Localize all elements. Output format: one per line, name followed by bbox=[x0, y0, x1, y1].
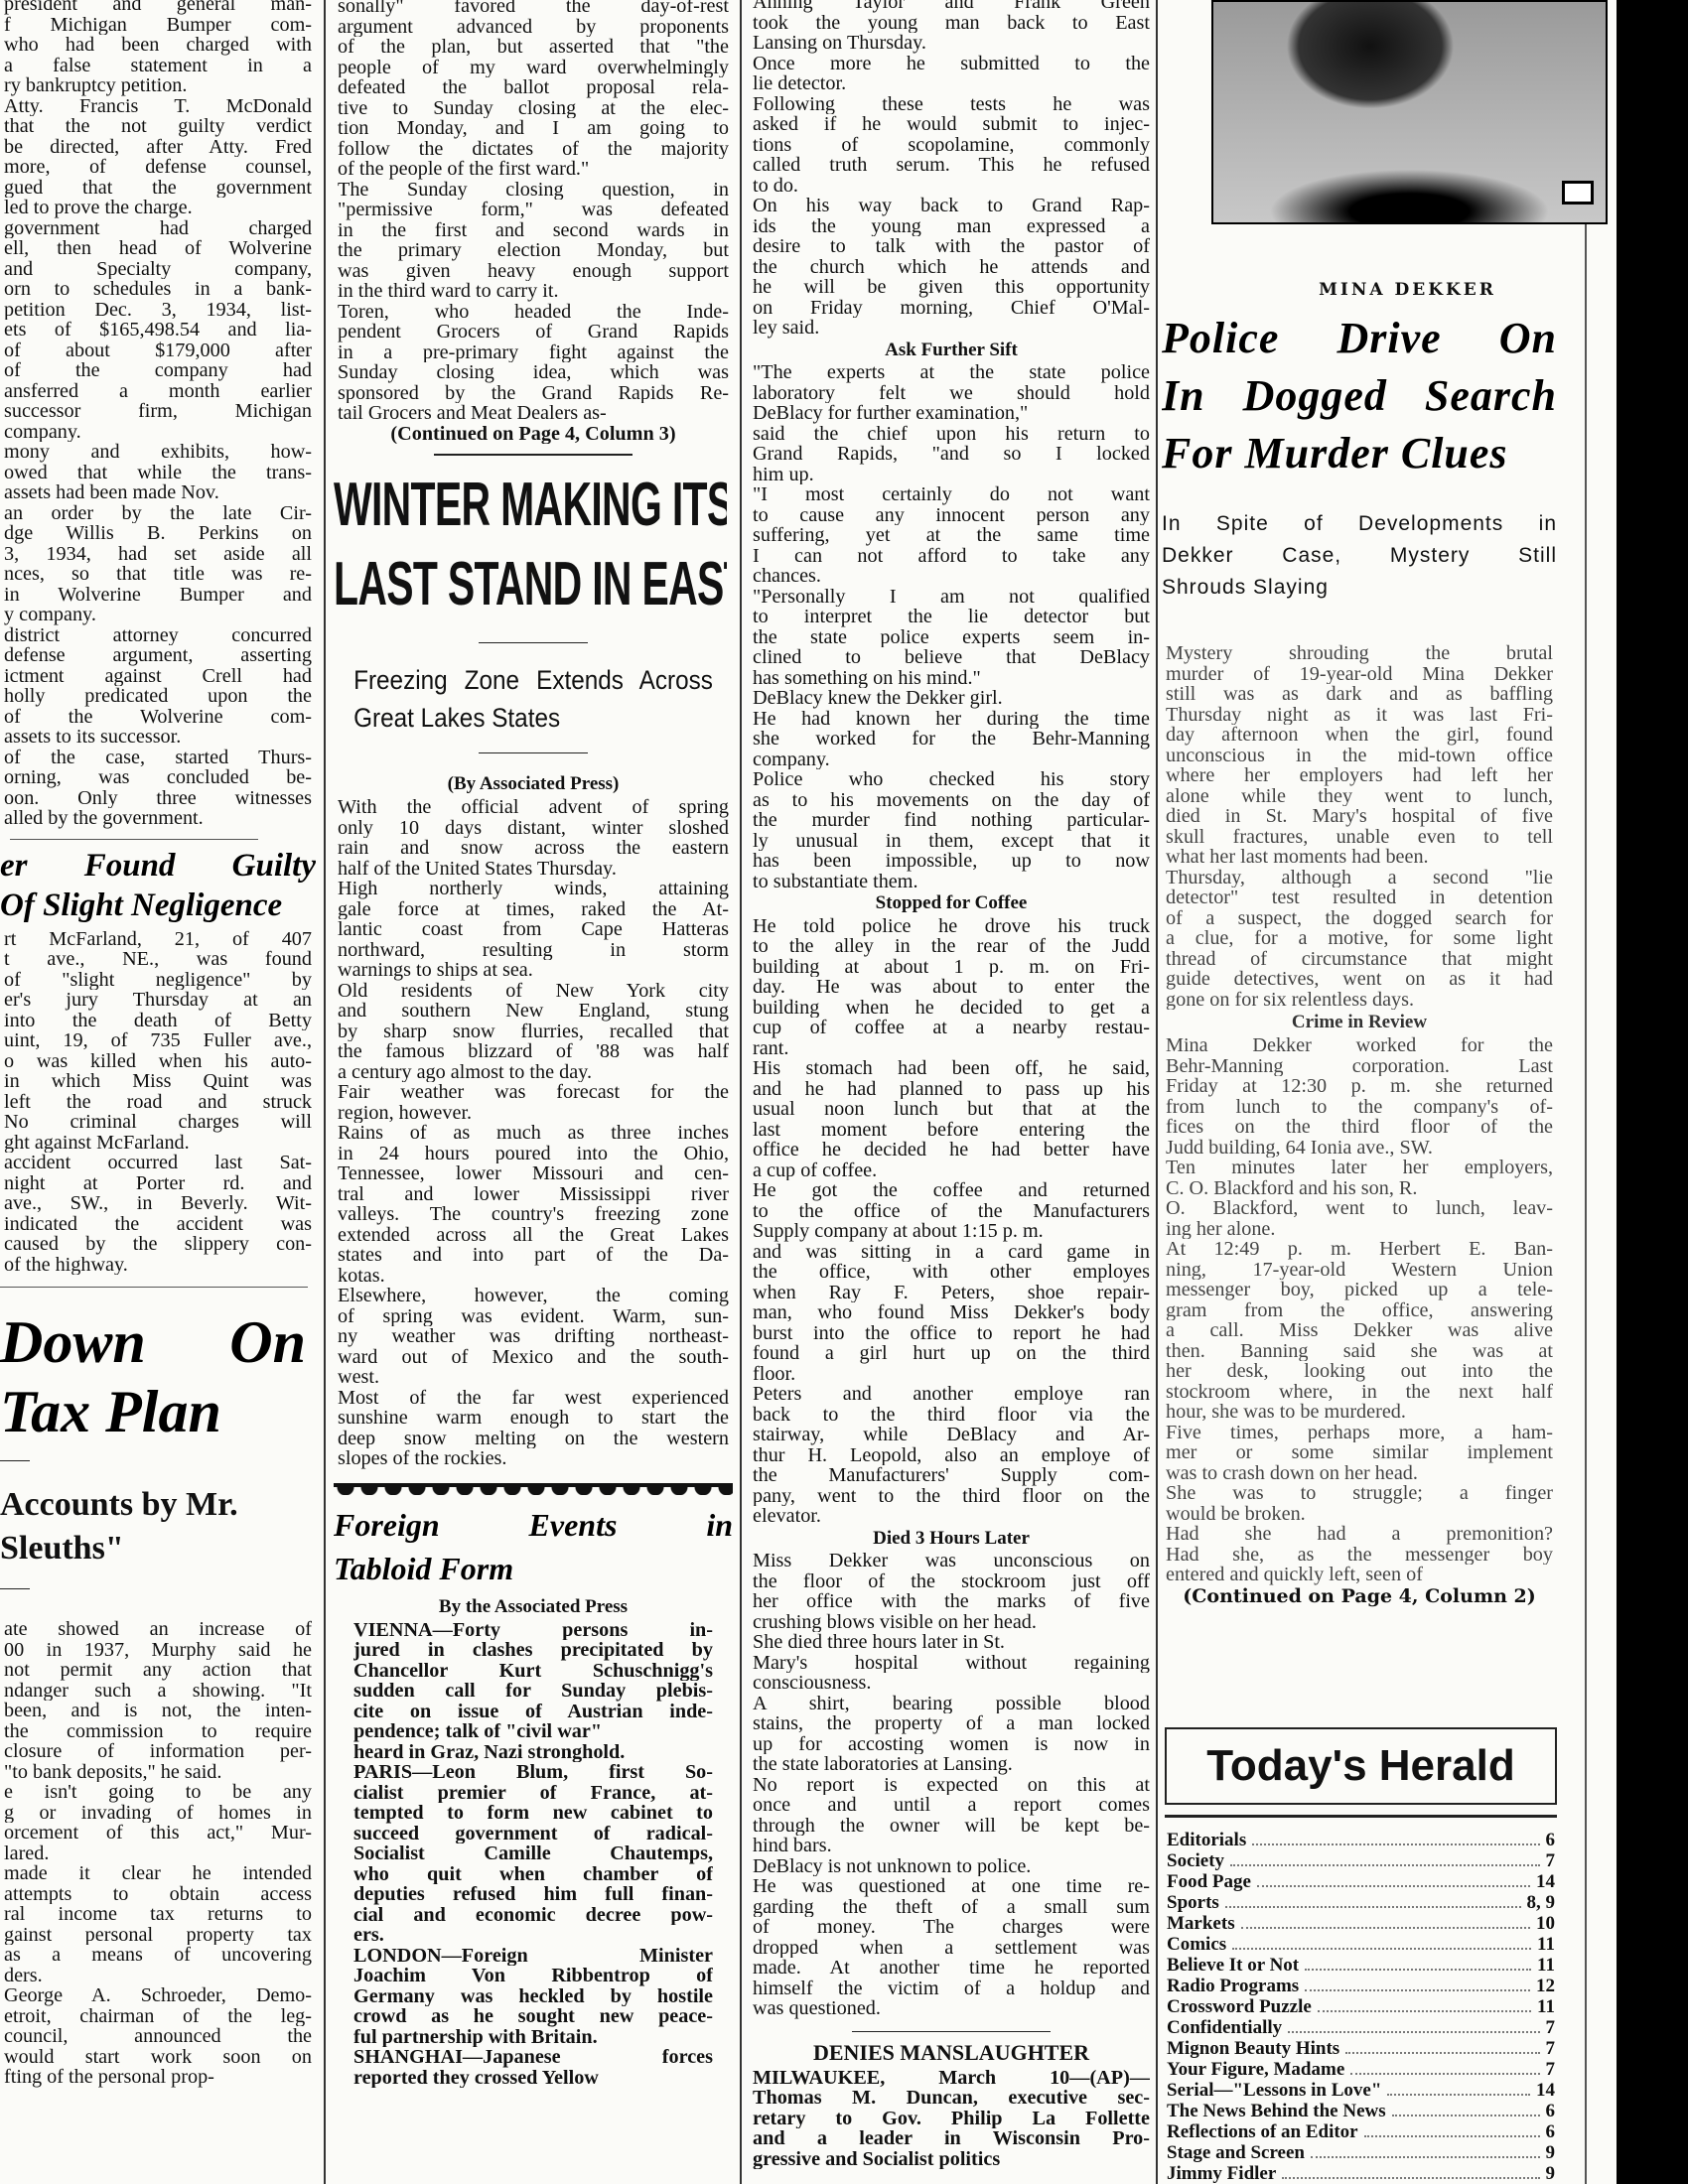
newspaper-page: president and general man-f Michigan Bum… bbox=[0, 0, 1688, 2184]
story-lines: rt McFarland, 21, of 407t ave., NE., was… bbox=[0, 929, 316, 1276]
text-line: northward, resulting in storm bbox=[338, 940, 729, 961]
text-line: Socialist Camille Chautemps, bbox=[353, 1843, 713, 1864]
text-line: slopes of the rockies. bbox=[338, 1448, 729, 1469]
text-line: a call. Miss Dekker was alive bbox=[1166, 1320, 1553, 1341]
text-line: to do. bbox=[753, 176, 1150, 197]
text-line: holly predicated upon the bbox=[4, 686, 312, 707]
text-line: still was as dark and as baffling bbox=[1166, 684, 1553, 705]
index-item-label: Stage and Screen bbox=[1167, 2142, 1305, 2163]
text-line: an order by the late Cir- bbox=[4, 503, 312, 524]
text-line: crushing blows visible on her head. bbox=[753, 1612, 1150, 1633]
text-line: of spring was evident. Warm, sun- bbox=[338, 1306, 729, 1327]
text-line: 00 in 1937, Murphy said he bbox=[4, 1640, 312, 1661]
text-line: tempted to form new cabinet to bbox=[353, 1803, 713, 1824]
index-item-page: 6 bbox=[1546, 2101, 1556, 2121]
text-line: ral income tax returns to bbox=[4, 1904, 312, 1925]
winter-deck: Freezing Zone Extends AcrossGreat Lakes … bbox=[353, 661, 713, 737]
text-line: once and until a report comes bbox=[753, 1795, 1150, 1816]
leader-dots bbox=[1288, 2031, 1539, 2033]
text-line: Grand Rapids, "and so I locked bbox=[753, 444, 1150, 465]
text-line: 3, 1934, had set aside all bbox=[4, 544, 312, 565]
text-line: company. bbox=[753, 750, 1150, 770]
text-line: night at Porter rd. and bbox=[4, 1173, 312, 1194]
text-line: gainst personal property tax bbox=[4, 1925, 312, 1946]
text-line: Miss Dekker was unconscious on bbox=[753, 1551, 1150, 1571]
text-line: A shirt, bearing possible blood bbox=[753, 1694, 1150, 1714]
text-line: of the plan, but asserted that "the bbox=[338, 37, 729, 58]
text-line: detector" test resulted in detention bbox=[1166, 887, 1553, 908]
text-line: was given heavy enough support bbox=[338, 261, 729, 282]
text-line: er Found Guilty bbox=[0, 846, 316, 886]
text-line: the church which he attends and bbox=[753, 257, 1150, 278]
text-line: district attorney concurred bbox=[4, 625, 312, 646]
text-line: He got the coffee and returned bbox=[753, 1180, 1150, 1201]
index-item-label: Crossword Puzzle bbox=[1167, 1996, 1312, 2017]
index-item[interactable]: Crossword Puzzle11 bbox=[1165, 1996, 1557, 2017]
story-lines: Anning Taylor and Frank Greentook the yo… bbox=[753, 0, 1150, 339]
text-line: a clue, for a motive, for some light bbox=[1166, 928, 1553, 949]
text-line: sunshine warm enough to start the bbox=[338, 1408, 729, 1429]
text-line: Judd building, 64 Ionia ave., SW. bbox=[1166, 1138, 1553, 1159]
leader-dots bbox=[1305, 1969, 1531, 1971]
text-line: kotas. bbox=[338, 1266, 729, 1287]
text-line: deputies refused him full finan- bbox=[353, 1884, 713, 1905]
text-line: In Dogged Search bbox=[1162, 367, 1557, 425]
index-item-page: 8, 9 bbox=[1527, 1892, 1556, 1913]
text-line: tral and lower Mississippi river bbox=[338, 1184, 729, 1205]
index-item[interactable]: Serial—"Lessons in Love"14 bbox=[1165, 2080, 1557, 2101]
text-line: when Ray F. Peters, shoe repair- bbox=[753, 1283, 1150, 1303]
text-line: ry bankruptcy petition. bbox=[4, 75, 312, 96]
story-divider bbox=[10, 839, 258, 840]
leader-dots bbox=[1232, 1948, 1531, 1950]
text-line: argument advanced by proponents bbox=[338, 17, 729, 38]
text-line: states and into part of the Da- bbox=[338, 1245, 729, 1266]
text-line: Behr-Manning corporation. Last bbox=[1166, 1056, 1553, 1077]
text-line: closure of information per- bbox=[4, 1741, 312, 1762]
text-line: alone while they went to lunch, bbox=[1166, 786, 1553, 807]
foreign-events-headline: Foreign Events inTabloid Form bbox=[334, 1503, 733, 1590]
index-item[interactable]: Believe It or Not11 bbox=[1165, 1955, 1557, 1976]
text-line: gued that the government bbox=[4, 178, 312, 199]
text-line: jured in clashes precipitated by bbox=[353, 1640, 713, 1661]
column-2: sonally" favored the day-of-restargument… bbox=[334, 0, 733, 2088]
story-winter: WINTER MAKING ITSLAST STAND IN EAST Free… bbox=[334, 466, 733, 1469]
text-line: the Manufacturers' Supply com- bbox=[753, 1465, 1150, 1486]
text-line: of the highway. bbox=[4, 1255, 312, 1276]
text-line: thread of circumstance that might bbox=[1166, 949, 1553, 970]
text-line: mer or some similar implement bbox=[1166, 1442, 1553, 1463]
text-line: tions of scopolamine, commonly bbox=[753, 135, 1150, 156]
text-line: to interpret the lie detector but bbox=[753, 607, 1150, 627]
index-item-page: 7 bbox=[1546, 2038, 1556, 2059]
photo-credit-mark bbox=[1562, 181, 1594, 205]
text-line: No report is expected on this at bbox=[753, 1775, 1150, 1796]
continued-link[interactable]: (Continued on Page 4, Column 2) bbox=[1162, 1585, 1557, 1607]
text-line: asked if he would submit to injec- bbox=[753, 114, 1150, 135]
text-line: a cup of coffee. bbox=[753, 1160, 1150, 1181]
leader-dots bbox=[1350, 2073, 1539, 2075]
text-line: made. At another time he reported bbox=[753, 1958, 1150, 1979]
text-line: sponsored by the Grand Rapids Re- bbox=[338, 383, 729, 404]
index-item[interactable]: Mignon Beauty Hints7 bbox=[1165, 2038, 1557, 2059]
box-border bbox=[334, 1483, 733, 1495]
text-line: oon. Only three witnesses bbox=[4, 788, 312, 809]
index-item-label: Radio Programs bbox=[1167, 1976, 1299, 1996]
text-line: accident occurred last Sat- bbox=[4, 1153, 312, 1173]
text-line: stockroom where, in the next half bbox=[1166, 1382, 1553, 1403]
subhead: Died 3 Hours Later bbox=[753, 1529, 1150, 1550]
text-line: With the official advent of spring bbox=[338, 797, 729, 818]
subhead: Ask Further Sift bbox=[753, 341, 1150, 361]
subhead: Stopped for Coffee bbox=[753, 893, 1150, 914]
text-line: found a girl hurt up on the third bbox=[753, 1343, 1150, 1364]
text-line: the murder find nothing particular- bbox=[753, 810, 1150, 831]
text-line: petition Dec. 3, 1934, list- bbox=[4, 300, 312, 321]
text-line: murder of 19-year-old Mina Dekker bbox=[1166, 664, 1553, 685]
text-line: a century ago almost to the day. bbox=[338, 1062, 729, 1083]
text-line: ly unusual in them, except that it bbox=[753, 831, 1150, 852]
text-line: "I most certainly do not want bbox=[753, 484, 1150, 505]
index-item[interactable]: Sports8, 9 bbox=[1165, 1892, 1557, 1913]
story-tax-plan: Down OnTax Plan Accounts by Mr.Sleuths" … bbox=[0, 1307, 316, 2088]
index-list: Editorials6Society7Food Page14Sports8, 9… bbox=[1165, 1830, 1557, 2184]
text-line: f Michigan Bumper com- bbox=[4, 15, 312, 36]
story-negligence: er Found GuiltyOf Slight Negligence rt M… bbox=[0, 846, 316, 1276]
text-line: sonally" favored the day-of-rest bbox=[338, 0, 729, 17]
index-item[interactable]: Your Figure, Madame7 bbox=[1165, 2059, 1557, 2080]
index-item[interactable]: Reflections of an Editor6 bbox=[1165, 2121, 1557, 2142]
text-line: MILWAUKEE, March 10—(AP)— bbox=[753, 2068, 1150, 2089]
text-line: would be broken. bbox=[1166, 1504, 1553, 1525]
text-line: stains, the property of a man locked bbox=[753, 1713, 1150, 1734]
text-line: Mary's hospital without regaining bbox=[753, 1653, 1150, 1674]
story-lines: With the official advent of springonly 1… bbox=[334, 797, 733, 1469]
text-line: No criminal charges will bbox=[4, 1112, 312, 1133]
text-line: the floor of the stockroom just off bbox=[753, 1571, 1150, 1592]
index-title: Today's Herald bbox=[1165, 1727, 1557, 1805]
index-item[interactable]: Confidentially7 bbox=[1165, 2017, 1557, 2038]
text-line: PARIS—Leon Blum, first So- bbox=[353, 1762, 713, 1783]
text-line: LAST STAND IN EAST bbox=[334, 545, 727, 624]
text-line: and southern New England, stung bbox=[338, 1001, 729, 1022]
text-line: etroit, chairman of the leg- bbox=[4, 2006, 312, 2027]
text-line: ate showed an increase of bbox=[4, 1619, 312, 1640]
index-item-label: Jimmy Fidler bbox=[1167, 2163, 1276, 2184]
text-line: tion Monday, and I am going to bbox=[338, 118, 729, 139]
text-line: ndanger such a showing. "It bbox=[4, 1681, 312, 1702]
portrait-photo bbox=[1211, 0, 1608, 224]
index-item-label: Editorials bbox=[1167, 1830, 1246, 1850]
text-line: orcement of this act," Mur- bbox=[4, 1823, 312, 1843]
index-item[interactable]: Markets10 bbox=[1165, 1913, 1557, 1934]
text-line: took the young man back to East bbox=[753, 13, 1150, 34]
text-line: up for accosting women is now in bbox=[753, 1734, 1150, 1755]
text-line: assets had been made Nov. bbox=[4, 482, 312, 503]
text-line: Freezing Zone Extends Across bbox=[353, 661, 713, 699]
leader-dots bbox=[1282, 2177, 1539, 2179]
text-line: mony and exhibits, how- bbox=[4, 442, 312, 463]
text-line: the primary election Monday, but bbox=[338, 240, 729, 261]
text-line: Toren, who headed the Inde- bbox=[338, 302, 729, 323]
story-lines: "The experts at the state policelaborato… bbox=[753, 362, 1150, 891]
text-line: from lunch to the company's of- bbox=[1166, 1097, 1553, 1118]
index-item[interactable]: Society7 bbox=[1165, 1850, 1557, 1871]
text-line: Anning Taylor and Frank Green bbox=[753, 0, 1150, 13]
text-line: what her last moments had been. bbox=[1166, 847, 1553, 868]
text-line: Had she, as the messenger boy bbox=[1166, 1545, 1553, 1566]
subhead: Crime in Review bbox=[1162, 1012, 1557, 1033]
text-line: in a pre-primary fight against the bbox=[338, 342, 729, 363]
text-line: She was to struggle; a finger bbox=[1166, 1483, 1553, 1504]
text-line: was to crash down on her head. bbox=[1166, 1463, 1553, 1484]
text-line: "permissive form," was defeated bbox=[338, 200, 729, 220]
index-item-page: 11 bbox=[1537, 1934, 1555, 1955]
story-lines: Mystery shrouding the brutalmurder of 19… bbox=[1162, 643, 1557, 1010]
text-line: burst into the office to report he had bbox=[753, 1323, 1150, 1344]
index-item-page: 9 bbox=[1546, 2163, 1556, 2184]
text-line: building when he decided to get a bbox=[753, 998, 1150, 1019]
text-line: ny weather was drifting northeast- bbox=[338, 1326, 729, 1347]
index-item[interactable]: The News Behind the News6 bbox=[1165, 2101, 1557, 2121]
index-item[interactable]: Food Page14 bbox=[1165, 1871, 1557, 1892]
text-line: At 12:49 p. m. Herbert E. Ban- bbox=[1166, 1239, 1553, 1260]
continued-link[interactable]: (Continued on Page 4, Column 3) bbox=[338, 424, 729, 445]
text-line: she worked for the Behr-Manning bbox=[753, 729, 1150, 750]
text-line: clined to believe that DeBlacy bbox=[753, 647, 1150, 668]
leader-dots bbox=[1305, 1989, 1530, 1991]
text-line: DeBlacy is not unknown to police. bbox=[753, 1856, 1150, 1877]
text-line: orning, was concluded be- bbox=[4, 767, 312, 788]
text-line: ave., SW., in Beverly. Wit- bbox=[4, 1193, 312, 1214]
text-line: valleys. The country's freezing zone bbox=[338, 1204, 729, 1225]
text-line: succeed government of radical- bbox=[353, 1824, 713, 1844]
text-line: gressive and Socialist politics bbox=[753, 2149, 1150, 2170]
text-line: as a means of uncovering bbox=[4, 1945, 312, 1966]
text-line: lie detector. bbox=[753, 73, 1150, 94]
text-line: who had been charged with bbox=[4, 35, 312, 56]
index-item[interactable]: Radio Programs12 bbox=[1165, 1976, 1557, 1996]
leader-dots bbox=[1345, 2052, 1539, 2054]
text-line: indicated the accident was bbox=[4, 1214, 312, 1235]
story-lines: MILWAUKEE, March 10—(AP)—Thomas M. Dunca… bbox=[749, 2068, 1154, 2170]
text-line: Chancellor Kurt Schuschnigg's bbox=[353, 1661, 713, 1682]
text-line: people of my ward overwhelmingly bbox=[338, 58, 729, 78]
text-line: assets to its successor. bbox=[4, 727, 312, 748]
text-line: of the Wolverine com- bbox=[4, 707, 312, 728]
text-line: pendent Grocers of Grand Rapids bbox=[338, 322, 729, 342]
text-line: the state police experts seem in- bbox=[753, 627, 1150, 648]
story-divider bbox=[852, 2031, 1051, 2032]
text-line: "Personally I am not qualified bbox=[753, 587, 1150, 608]
index-item-label: Reflections of an Editor bbox=[1167, 2121, 1358, 2142]
text-line: gram from the office, answering bbox=[1166, 1300, 1553, 1321]
index-item-label: Markets bbox=[1167, 1913, 1235, 1934]
text-line: His stomach had been off, he said, bbox=[753, 1058, 1150, 1079]
story-lines: He told police he drove his truckto the … bbox=[753, 916, 1150, 1527]
text-line: Down On bbox=[0, 1307, 306, 1377]
text-line: She died three hours later in St. bbox=[753, 1632, 1150, 1653]
text-line: the office, with other employes bbox=[753, 1262, 1150, 1283]
index-item[interactable]: Jimmy Fidler9 bbox=[1165, 2163, 1557, 2184]
text-line: as to his movements on the day of bbox=[753, 790, 1150, 811]
text-line: DeBlacy knew the Dekker girl. bbox=[753, 688, 1150, 709]
text-line: of about $179,000 after bbox=[4, 341, 312, 361]
text-line: Ten minutes later her employers, bbox=[1166, 1158, 1553, 1178]
text-line: skull fractures, unable even to tell bbox=[1166, 827, 1553, 848]
police-drive-deck: In Spite of Developments inDekker Case, … bbox=[1162, 508, 1557, 604]
text-line: led to prove the charge. bbox=[4, 198, 312, 218]
text-line: desire to talk with the pastor of bbox=[753, 236, 1150, 257]
negligence-headline: er Found GuiltyOf Slight Negligence bbox=[0, 846, 316, 925]
text-line: consciousness. bbox=[753, 1673, 1150, 1694]
text-line: VIENNA—Forty persons in- bbox=[353, 1620, 713, 1641]
text-line: Foreign Events in bbox=[334, 1503, 733, 1547]
text-line: ansferred a month earlier bbox=[4, 381, 312, 402]
text-line: g or invading of homes in bbox=[4, 1803, 312, 1824]
winter-headline: WINTER MAKING ITSLAST STAND IN EAST bbox=[334, 466, 727, 624]
text-line: Tax Plan bbox=[0, 1377, 306, 1446]
tax-plan-headline: Down OnTax Plan bbox=[0, 1307, 316, 1446]
text-line: Accounts by Mr. bbox=[0, 1483, 316, 1527]
text-line: I can not afford to take any bbox=[753, 546, 1150, 567]
text-line: rain and snow across the eastern bbox=[338, 838, 729, 859]
text-line: Sleuths" bbox=[0, 1527, 316, 1570]
text-line: nces, so that title was re- bbox=[4, 564, 312, 585]
text-line: Dekker Case, Mystery Still bbox=[1162, 540, 1557, 572]
text-line: said the chief upon his return to bbox=[753, 424, 1150, 445]
text-line: only 10 days distant, winter sloshed bbox=[338, 818, 729, 839]
text-line: owed that while the trans- bbox=[4, 463, 312, 483]
text-line: defense argument, asserting bbox=[4, 645, 312, 666]
text-line: Lansing on Thursday. bbox=[753, 33, 1150, 54]
photo-caption: MINA DEKKER bbox=[1211, 280, 1604, 300]
text-line: to the office of the Manufacturers bbox=[753, 1201, 1150, 1222]
index-item-page: 11 bbox=[1537, 1955, 1555, 1976]
manslaughter-headline: DENIES MANSLAUGHTER bbox=[749, 2040, 1154, 2066]
story-sunday-closing: sonally" favored the day-of-restargument… bbox=[334, 0, 733, 444]
index-item-page: 10 bbox=[1536, 1913, 1555, 1934]
text-line: pany, went to the third floor on the bbox=[753, 1486, 1150, 1507]
text-line: pendence; talk of "civil war" bbox=[353, 1721, 713, 1742]
text-line: in Wolverine Bumper and bbox=[4, 585, 312, 606]
index-item[interactable]: Stage and Screen9 bbox=[1165, 2142, 1557, 2163]
text-line: Shrouds Slaying bbox=[1162, 572, 1557, 604]
text-line: crowd as he sought new peace- bbox=[353, 2006, 713, 2027]
text-line: Tennessee, lower Missouri and cen- bbox=[338, 1163, 729, 1184]
text-line: On his way back to Grand Rap- bbox=[753, 196, 1150, 216]
text-line: chances. bbox=[753, 566, 1150, 587]
text-line: alled by the government. bbox=[4, 808, 312, 829]
column-rule bbox=[1156, 0, 1158, 2184]
text-line: He had known her during the time bbox=[753, 709, 1150, 730]
index-item[interactable]: Editorials6 bbox=[1165, 1830, 1557, 1850]
story-divider bbox=[434, 454, 633, 456]
text-line: usual noon lunch but that at the bbox=[753, 1099, 1150, 1120]
text-line: gone on for six relentless days. bbox=[1166, 990, 1553, 1011]
text-line: ets of $165,498.54 and lia- bbox=[4, 320, 312, 341]
text-line: Most of the far west experienced bbox=[338, 1388, 729, 1409]
text-line: Of Slight Negligence bbox=[0, 886, 316, 925]
index-item-label: Sports bbox=[1167, 1892, 1219, 1913]
text-line: of the company had bbox=[4, 360, 312, 381]
index-item-label: Comics bbox=[1167, 1934, 1226, 1955]
text-line: be directed, after Atty. Fred bbox=[4, 137, 312, 158]
story-lines: Mina Dekker worked for theBehr-Manning c… bbox=[1162, 1035, 1557, 1585]
text-line: by sharp snow flurries, recalled that bbox=[338, 1022, 729, 1042]
text-line: in the first and second wards in bbox=[338, 220, 729, 241]
leader-dots bbox=[1252, 1843, 1539, 1845]
text-line: Fair weather was forecast for the bbox=[338, 1082, 729, 1103]
leader-dots bbox=[1318, 2010, 1531, 2012]
text-line: Great Lakes States bbox=[353, 699, 713, 737]
text-line: region, however. bbox=[338, 1103, 729, 1124]
index-item[interactable]: Comics11 bbox=[1165, 1934, 1557, 1955]
text-line: ward out of Mexico and the south- bbox=[338, 1347, 729, 1368]
text-line: fting of the personal prop- bbox=[4, 2067, 312, 2088]
text-line: successor firm, Michigan bbox=[4, 401, 312, 422]
column-rule bbox=[324, 0, 326, 2184]
text-line: George A. Schroeder, Demo- bbox=[4, 1985, 312, 2006]
text-line: elevator. bbox=[753, 1506, 1150, 1527]
text-line: entered and quickly left, seen of bbox=[1166, 1565, 1553, 1585]
text-line: president and general man- bbox=[4, 0, 312, 15]
text-line: ful partnership with Britain. bbox=[353, 2027, 713, 2048]
text-line: in the third ward to carry it. bbox=[338, 281, 729, 302]
text-line: LONDON—Foreign Minister bbox=[353, 1946, 713, 1967]
text-line: not permit any action that bbox=[4, 1660, 312, 1681]
text-line: rt McFarland, 21, of 407 bbox=[4, 929, 312, 950]
police-drive-headline: Police Drive OnIn Dogged SearchFor Murde… bbox=[1162, 310, 1557, 482]
text-line: Germany was heckled by hostile bbox=[353, 1986, 713, 2007]
text-line: "to bank deposits," he said. bbox=[4, 1762, 312, 1783]
text-line: ell, then head of Wolverine bbox=[4, 238, 312, 259]
story-lines: Miss Dekker was unconscious onthe floor … bbox=[753, 1551, 1150, 2019]
text-line: Police who checked his story bbox=[753, 769, 1150, 790]
text-line: unconscious in the mid-town office bbox=[1166, 746, 1553, 766]
text-line: O. Blackford, went to lunch, leav- bbox=[1166, 1198, 1553, 1219]
text-line: He told police he drove his truck bbox=[753, 916, 1150, 937]
index-item-label: Serial—"Lessons in Love" bbox=[1167, 2080, 1381, 2101]
text-line: stairway, while DeBlacy and Ar- bbox=[753, 1425, 1150, 1445]
story-divider bbox=[0, 1287, 308, 1288]
index-item-page: 14 bbox=[1536, 1871, 1555, 1892]
story-bankruptcy: president and general man-f Michigan Bum… bbox=[0, 0, 316, 829]
text-line: cial and economic decree pow- bbox=[353, 1905, 713, 1926]
text-line: uint, 19, of 735 Fuller ave., bbox=[4, 1030, 312, 1051]
column-rule bbox=[740, 0, 742, 2184]
text-line: to cause any innocent person any bbox=[753, 505, 1150, 526]
text-line: her office with the marks of five bbox=[753, 1591, 1150, 1612]
text-line: e isn't going to be any bbox=[4, 1782, 312, 1803]
text-line: ght against McFarland. bbox=[4, 1133, 312, 1154]
text-line: C. O. Blackford and his son, R. bbox=[1166, 1178, 1553, 1199]
story-lines: president and general man-f Michigan Bum… bbox=[4, 0, 312, 829]
text-line: dropped when a settlement was bbox=[753, 1938, 1150, 1959]
text-line: Sunday closing idea, which was bbox=[338, 362, 729, 383]
text-line: rant. bbox=[753, 1038, 1150, 1059]
text-line: ing her alone. bbox=[1166, 1219, 1553, 1240]
text-line: cialist premier of France, at- bbox=[353, 1783, 713, 1804]
text-line: Had she had a premonition? bbox=[1166, 1524, 1553, 1545]
text-line: who quit when chamber of bbox=[353, 1864, 713, 1885]
headline-rule bbox=[479, 752, 588, 753]
index-item-page: 14 bbox=[1536, 2080, 1555, 2101]
text-line: SHANGHAI—Japanese forces bbox=[353, 2047, 713, 2068]
text-line: last moment before entering the bbox=[753, 1120, 1150, 1141]
text-line: floor. bbox=[753, 1364, 1150, 1385]
text-line: He was questioned at one time re- bbox=[753, 1876, 1150, 1897]
